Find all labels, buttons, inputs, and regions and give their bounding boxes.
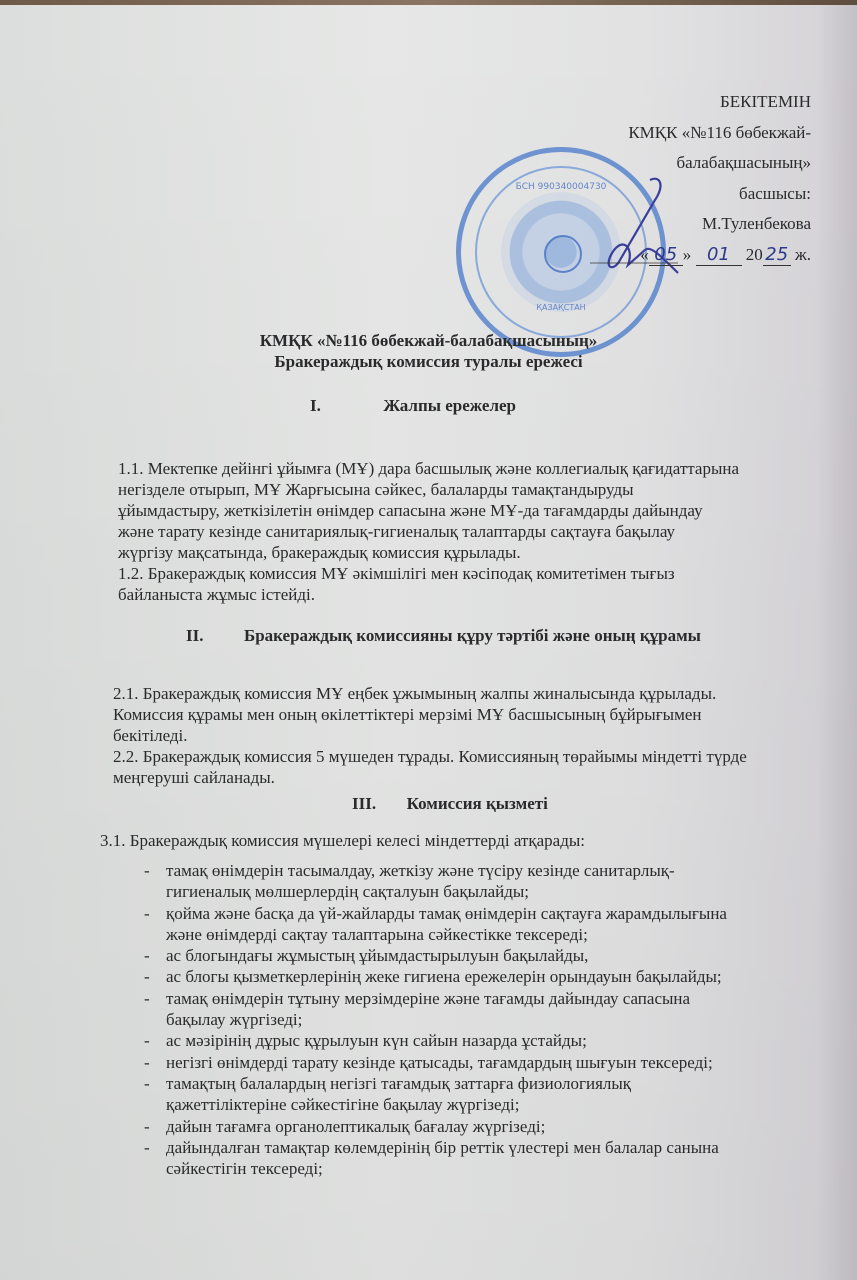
clause-line: Комиссия құрамы мен оның өкілеттіктері м…	[147, 704, 747, 725]
stamp-bottom-text: ҚАЗАҚСТАН	[461, 303, 661, 312]
date-year-prefix: 20	[746, 245, 763, 264]
clause-line: байланыста жұмыс істейді.	[152, 584, 739, 605]
clause-1-1: 1.1. Мектепке дейінгі ұйымға (МҰ) дара б…	[118, 458, 739, 563]
dash-bullet: -	[144, 1137, 150, 1158]
approval-position: басшысы:	[628, 179, 811, 210]
list-item-line: ас блогы қызметкерлерінің жеке гигиена е…	[166, 966, 727, 987]
date-close-quote: »	[683, 245, 692, 264]
dash-bullet: -	[144, 945, 150, 966]
title-line2: Бракераждық комиссия туралы ережесі	[0, 351, 857, 372]
list-item-line: тамақтың балалардың негізгі тағамдық зат…	[166, 1073, 727, 1094]
section-2-number: II.	[186, 626, 203, 646]
section-1-number: I.	[310, 396, 321, 416]
list-item: - қойма және басқа да үй-жайларды тамақ …	[144, 903, 727, 946]
document-page: БСН 990340004730 ҚАЗАҚСТАН БЕКІТЕМІН КМҚ…	[0, 5, 857, 1280]
section-3-paragraphs: 3.1. Бракераждық комиссия мүшелері келес…	[100, 830, 585, 851]
dash-bullet: -	[144, 1052, 150, 1073]
list-item: - ас мәзірінің дұрыс құрылуын күн сайын …	[144, 1030, 727, 1051]
clause-3-1: 3.1. Бракераждық комиссия мүшелері келес…	[100, 830, 585, 851]
approval-heading: БЕКІТЕМІН	[628, 87, 811, 118]
clause-2-2: 2.2. Бракераждық комиссия 5 мүшеден тұра…	[113, 746, 747, 788]
list-item: - тамақ өнімдерін тұтыну мерзімдеріне жә…	[144, 988, 727, 1031]
list-item-line: және өнімдерді сақтау талаптарына сәйкес…	[166, 924, 727, 945]
list-item: - ас блогы қызметкерлерінің жеке гигиена…	[144, 966, 727, 987]
dash-bullet: -	[144, 1073, 150, 1094]
dash-bullet: -	[144, 988, 150, 1009]
clause-2-1: 2.1. Бракераждық комиссия МҰ еңбек ұжымы…	[113, 683, 747, 746]
list-item: - ас блогындағы жұмыстың ұйымдастырылуын…	[144, 945, 727, 966]
document-title: КМҚК «№116 бөбекжай-балабақшасының» Брак…	[0, 330, 857, 372]
dash-bullet: -	[144, 860, 150, 881]
list-item-line: қойма және басқа да үй-жайларды тамақ өн…	[166, 903, 727, 924]
date-suffix: ж.	[795, 245, 811, 264]
section-2-paragraphs: 2.1. Бракераждық комиссия МҰ еңбек ұжымы…	[113, 683, 747, 788]
clause-line: негізделе отырып, МҰ Жарғысына сәйкес, б…	[152, 479, 739, 500]
list-item-line: гигиеналық мөлшерлердің сақталуын бақыла…	[166, 881, 727, 902]
section-2-title: Бракераждық комиссияны құру тәртібі және…	[244, 626, 701, 645]
clause-line: ұйымдастыру, жеткізілетін өнімдер сапасы…	[152, 500, 739, 521]
list-item-line: негізгі өнімдерді тарату кезінде қатысад…	[166, 1052, 727, 1073]
clause-line: 1.2. Бракераждық комиссия МҰ әкімшілігі …	[152, 563, 739, 584]
dash-bullet: -	[144, 903, 150, 924]
list-item-line: дайын тағамға органолептикалық бағалау ж…	[166, 1116, 727, 1137]
date-year-suffix: 25	[763, 245, 791, 266]
dash-bullet: -	[144, 1030, 150, 1051]
approval-name: М.Туленбекова	[628, 209, 811, 240]
list-item: - дайындалған тамақтар көлемдерінің бір …	[144, 1137, 727, 1180]
list-item: - тамақтың балалардың негізгі тағамдық з…	[144, 1073, 727, 1116]
clause-line: 2.1. Бракераждық комиссия МҰ еңбек ұжымы…	[147, 683, 747, 704]
dash-bullet: -	[144, 966, 150, 987]
clause-line: жүргізу мақсатында, бракераждық комиссия…	[152, 542, 739, 563]
section-3-number: III.	[352, 794, 376, 814]
shanyrak-icon	[544, 235, 582, 273]
approval-block: БЕКІТЕМІН КМҚК «№116 бөбекжай- балабақша…	[628, 87, 811, 270]
clause-line: және тарату кезінде санитариялық-гигиена…	[152, 521, 739, 542]
approval-date: «05» 01 2025 ж.	[628, 240, 811, 271]
approval-org-line2: балабақшасының»	[628, 148, 811, 179]
clause-line: меңгеруші сайланады.	[147, 767, 747, 788]
section-3-title: Комиссия қызметі	[407, 794, 548, 813]
list-item: - тамақ өнімдерін тасымалдау, жеткізу жә…	[144, 860, 727, 903]
date-month: 01	[696, 245, 742, 266]
date-day: 05	[649, 245, 683, 266]
duties-list: - тамақ өнімдерін тасымалдау, жеткізу жә…	[144, 860, 727, 1179]
dash-bullet: -	[144, 1116, 150, 1137]
clause-1-2: 1.2. Бракераждық комиссия МҰ әкімшілігі …	[118, 563, 739, 605]
list-item-line: бақылау жүргізеді;	[166, 1009, 727, 1030]
clause-line: бекітіледі.	[147, 725, 747, 746]
section-2-heading: II. Бракераждық комиссияны құру тәртібі …	[186, 626, 701, 646]
date-open-quote: «	[640, 245, 649, 264]
list-item-line: тамақ өнімдерін тұтыну мерзімдеріне және…	[166, 988, 727, 1009]
clause-line: 1.1. Мектепке дейінгі ұйымға (МҰ) дара б…	[152, 458, 739, 479]
list-item-line: тамақ өнімдерін тасымалдау, жеткізу және…	[166, 860, 727, 881]
list-item-line: ас мәзірінің дұрыс құрылуын күн сайын на…	[166, 1030, 727, 1051]
list-item: - дайын тағамға органолептикалық бағалау…	[144, 1116, 727, 1137]
clause-line: 2.2. Бракераждық комиссия 5 мүшеден тұра…	[147, 746, 747, 767]
list-item-line: қажеттіліктеріне сәйкестігіне бақылау жү…	[166, 1094, 727, 1115]
title-line1: КМҚК «№116 бөбекжай-балабақшасының»	[0, 330, 857, 351]
list-item: - негізгі өнімдерді тарату кезінде қатыс…	[144, 1052, 727, 1073]
approval-org-line1: КМҚК «№116 бөбекжай-	[628, 118, 811, 149]
list-item-line: сәйкестігін тексереді;	[166, 1158, 727, 1179]
list-item-line: ас блогындағы жұмыстың ұйымдастырылуын б…	[166, 945, 727, 966]
list-item-line: дайындалған тамақтар көлемдерінің бір ре…	[166, 1137, 727, 1158]
section-1-paragraphs: 1.1. Мектепке дейінгі ұйымға (МҰ) дара б…	[118, 458, 739, 605]
section-1-title: Жалпы ережелер	[383, 396, 516, 415]
section-1-heading: I. Жалпы ережелер	[310, 396, 516, 416]
section-3-heading: III. Комиссия қызметі	[352, 794, 548, 814]
